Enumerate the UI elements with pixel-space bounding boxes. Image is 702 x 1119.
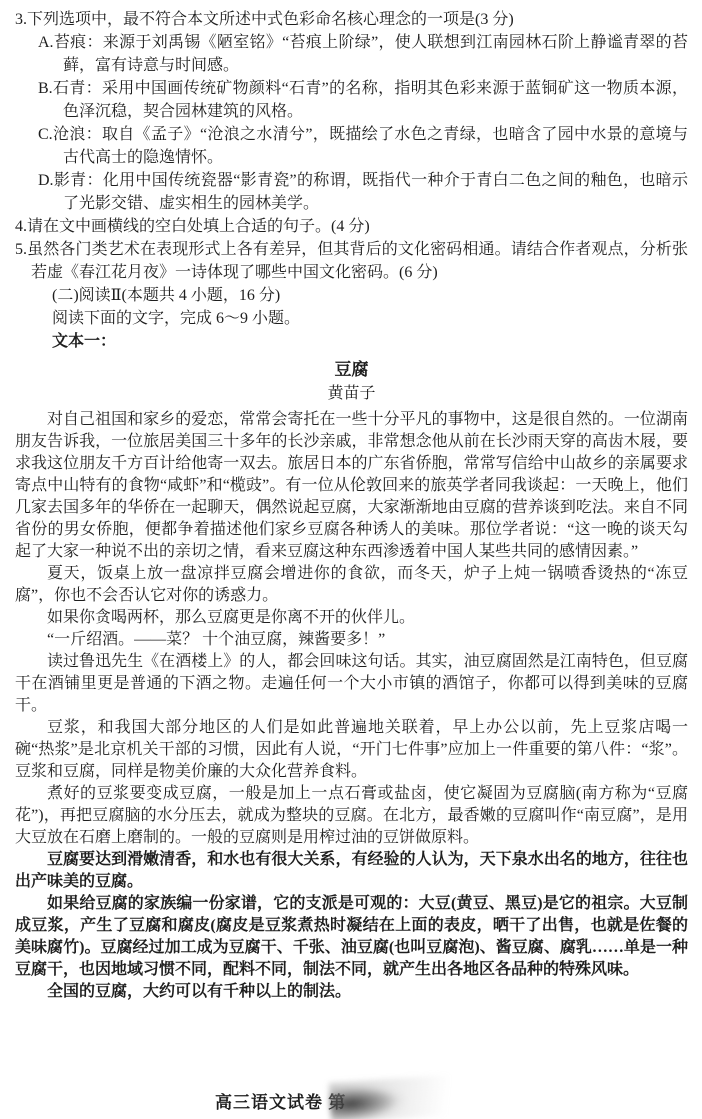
passage-paragraph-4: “一斤绍酒。——菜？ 十个油豆腐，辣酱要多！” — [15, 629, 688, 651]
passage-title: 豆腐 — [15, 359, 688, 381]
passage-paragraph-10: 全国的豆腐，大约可以有千种以上的制法。 — [15, 981, 688, 1003]
question-5: 5.虽然各门类艺术在表现形式上各有差异，但其背后的文化密码相通。请结合作者观点，… — [15, 238, 688, 284]
passage-author: 黄苗子 — [15, 383, 688, 405]
passage-paragraph-6: 豆浆，和我国大部分地区的人们是如此普遍地关联着，早上办公以前，先上豆浆店喝一碗“… — [15, 717, 688, 783]
question-3-option-d: D.影青：化用中国传统瓷器“影青瓷”的称谓，既指代一种介于青白二色之间的釉色，也… — [15, 169, 688, 215]
passage-paragraph-9: 如果给豆腐的家族编一份家谱，它的支派是可观的：大豆(黄豆、黑豆)是它的祖宗。大豆… — [15, 893, 688, 981]
passage-paragraph-5: 读过鲁迅先生《在酒楼上》的人，都会回味这句话。其实，油豆腐固然是江南特色，但豆腐… — [15, 651, 688, 717]
ink-smudge — [329, 1073, 481, 1119]
exam-paper-page: 3.下列选项中，最不符合本文所述中式色彩命名核心理念的一项是(3 分) A.苔痕… — [0, 0, 702, 1119]
option-a-text: 苔痕：来源于刘禹锡《陋室铭》“苔痕上阶绿”，使人联想到江南园林石阶上静谧青翠的苔… — [54, 34, 688, 74]
question-4-stem: 请在文中画横线的空白处填上合适的句子。(4 分) — [27, 218, 370, 235]
option-b-text: 石青：采用中国画传统矿物颜料“石青”的名称，指明其色彩来源于蓝铜矿这一物质本源，… — [53, 80, 688, 120]
option-a-label: A. — [38, 34, 54, 51]
question-5-stem: 虽然各门类艺术在表现形式上各有差异，但其背后的文化密码相通。请结合作者观点，分析… — [27, 241, 688, 281]
question-3: 3.下列选项中，最不符合本文所述中式色彩命名核心理念的一项是(3 分) — [15, 8, 688, 31]
passage-paragraph-8: 豆腐要达到滑嫩清香，和水也有很大关系，有经验的人认为，天下泉水出名的地方，往往也… — [15, 849, 688, 893]
option-d-label: D. — [38, 172, 54, 189]
passage-paragraph-7: 煮好的豆浆要变成豆腐，一般是加上一点石膏或盐卤，使它凝固为豆腐脑(南方称为“豆腐… — [15, 783, 688, 849]
text-1-label: 文本一： — [15, 330, 688, 353]
question-3-option-b: B.石青：采用中国画传统矿物颜料“石青”的名称，指明其色彩来源于蓝铜矿这一物质本… — [15, 77, 688, 123]
page-footer-label: 高三语文试卷 第 — [215, 1088, 346, 1113]
passage-paragraph-2: 夏天，饭桌上放一盘凉拌豆腐会增进你的食欲，而冬天，炉子上炖一锅喷香烫热的“冻豆腐… — [15, 563, 688, 607]
question-3-option-c: C.沧浪：取自《孟子》“沧浪之水清兮”，既描绘了水色之青绿，也暗含了园中水景的意… — [15, 123, 688, 169]
option-c-label: C. — [38, 126, 53, 143]
question-3-number: 3. — [15, 11, 27, 28]
question-3-option-a: A.苔痕：来源于刘禹锡《陋室铭》“苔痕上阶绿”，使人联想到江南园林石阶上静谧青翠… — [15, 31, 688, 77]
question-4-number: 4. — [15, 218, 27, 235]
question-section: 3.下列选项中，最不符合本文所述中式色彩命名核心理念的一项是(3 分) A.苔痕… — [15, 8, 688, 353]
section-2-heading: (二)阅读Ⅱ(本题共 4 小题，16 分) — [15, 284, 688, 307]
question-4: 4.请在文中画横线的空白处填上合适的句子。(4 分) — [15, 215, 688, 238]
question-3-stem: 下列选项中，最不符合本文所述中式色彩命名核心理念的一项是(3 分) — [27, 11, 514, 28]
reading-passage: 豆腐 黄苗子 对自己祖国和家乡的爱恋，常常会寄托在一些十分平凡的事物中，这是很自… — [15, 359, 688, 1003]
option-d-text: 影青：化用中国传统瓷器“影青瓷”的称谓，既指代一种介于青白二色之间的釉色，也暗示… — [54, 172, 688, 212]
option-b-label: B. — [38, 80, 53, 97]
passage-paragraph-3: 如果你贪喝两杯，那么豆腐更是你离不开的伙伴儿。 — [15, 607, 688, 629]
section-2-instruction: 阅读下面的文字，完成 6～9 小题。 — [15, 307, 688, 330]
passage-paragraph-1: 对自己祖国和家乡的爱恋，常常会寄托在一些十分平凡的事物中，这是很自然的。一位湖南… — [15, 409, 688, 563]
question-5-number: 5. — [15, 241, 27, 258]
option-c-text: 沧浪：取自《孟子》“沧浪之水清兮”，既描绘了水色之青绿，也暗含了园中水景的意境与… — [53, 126, 688, 166]
